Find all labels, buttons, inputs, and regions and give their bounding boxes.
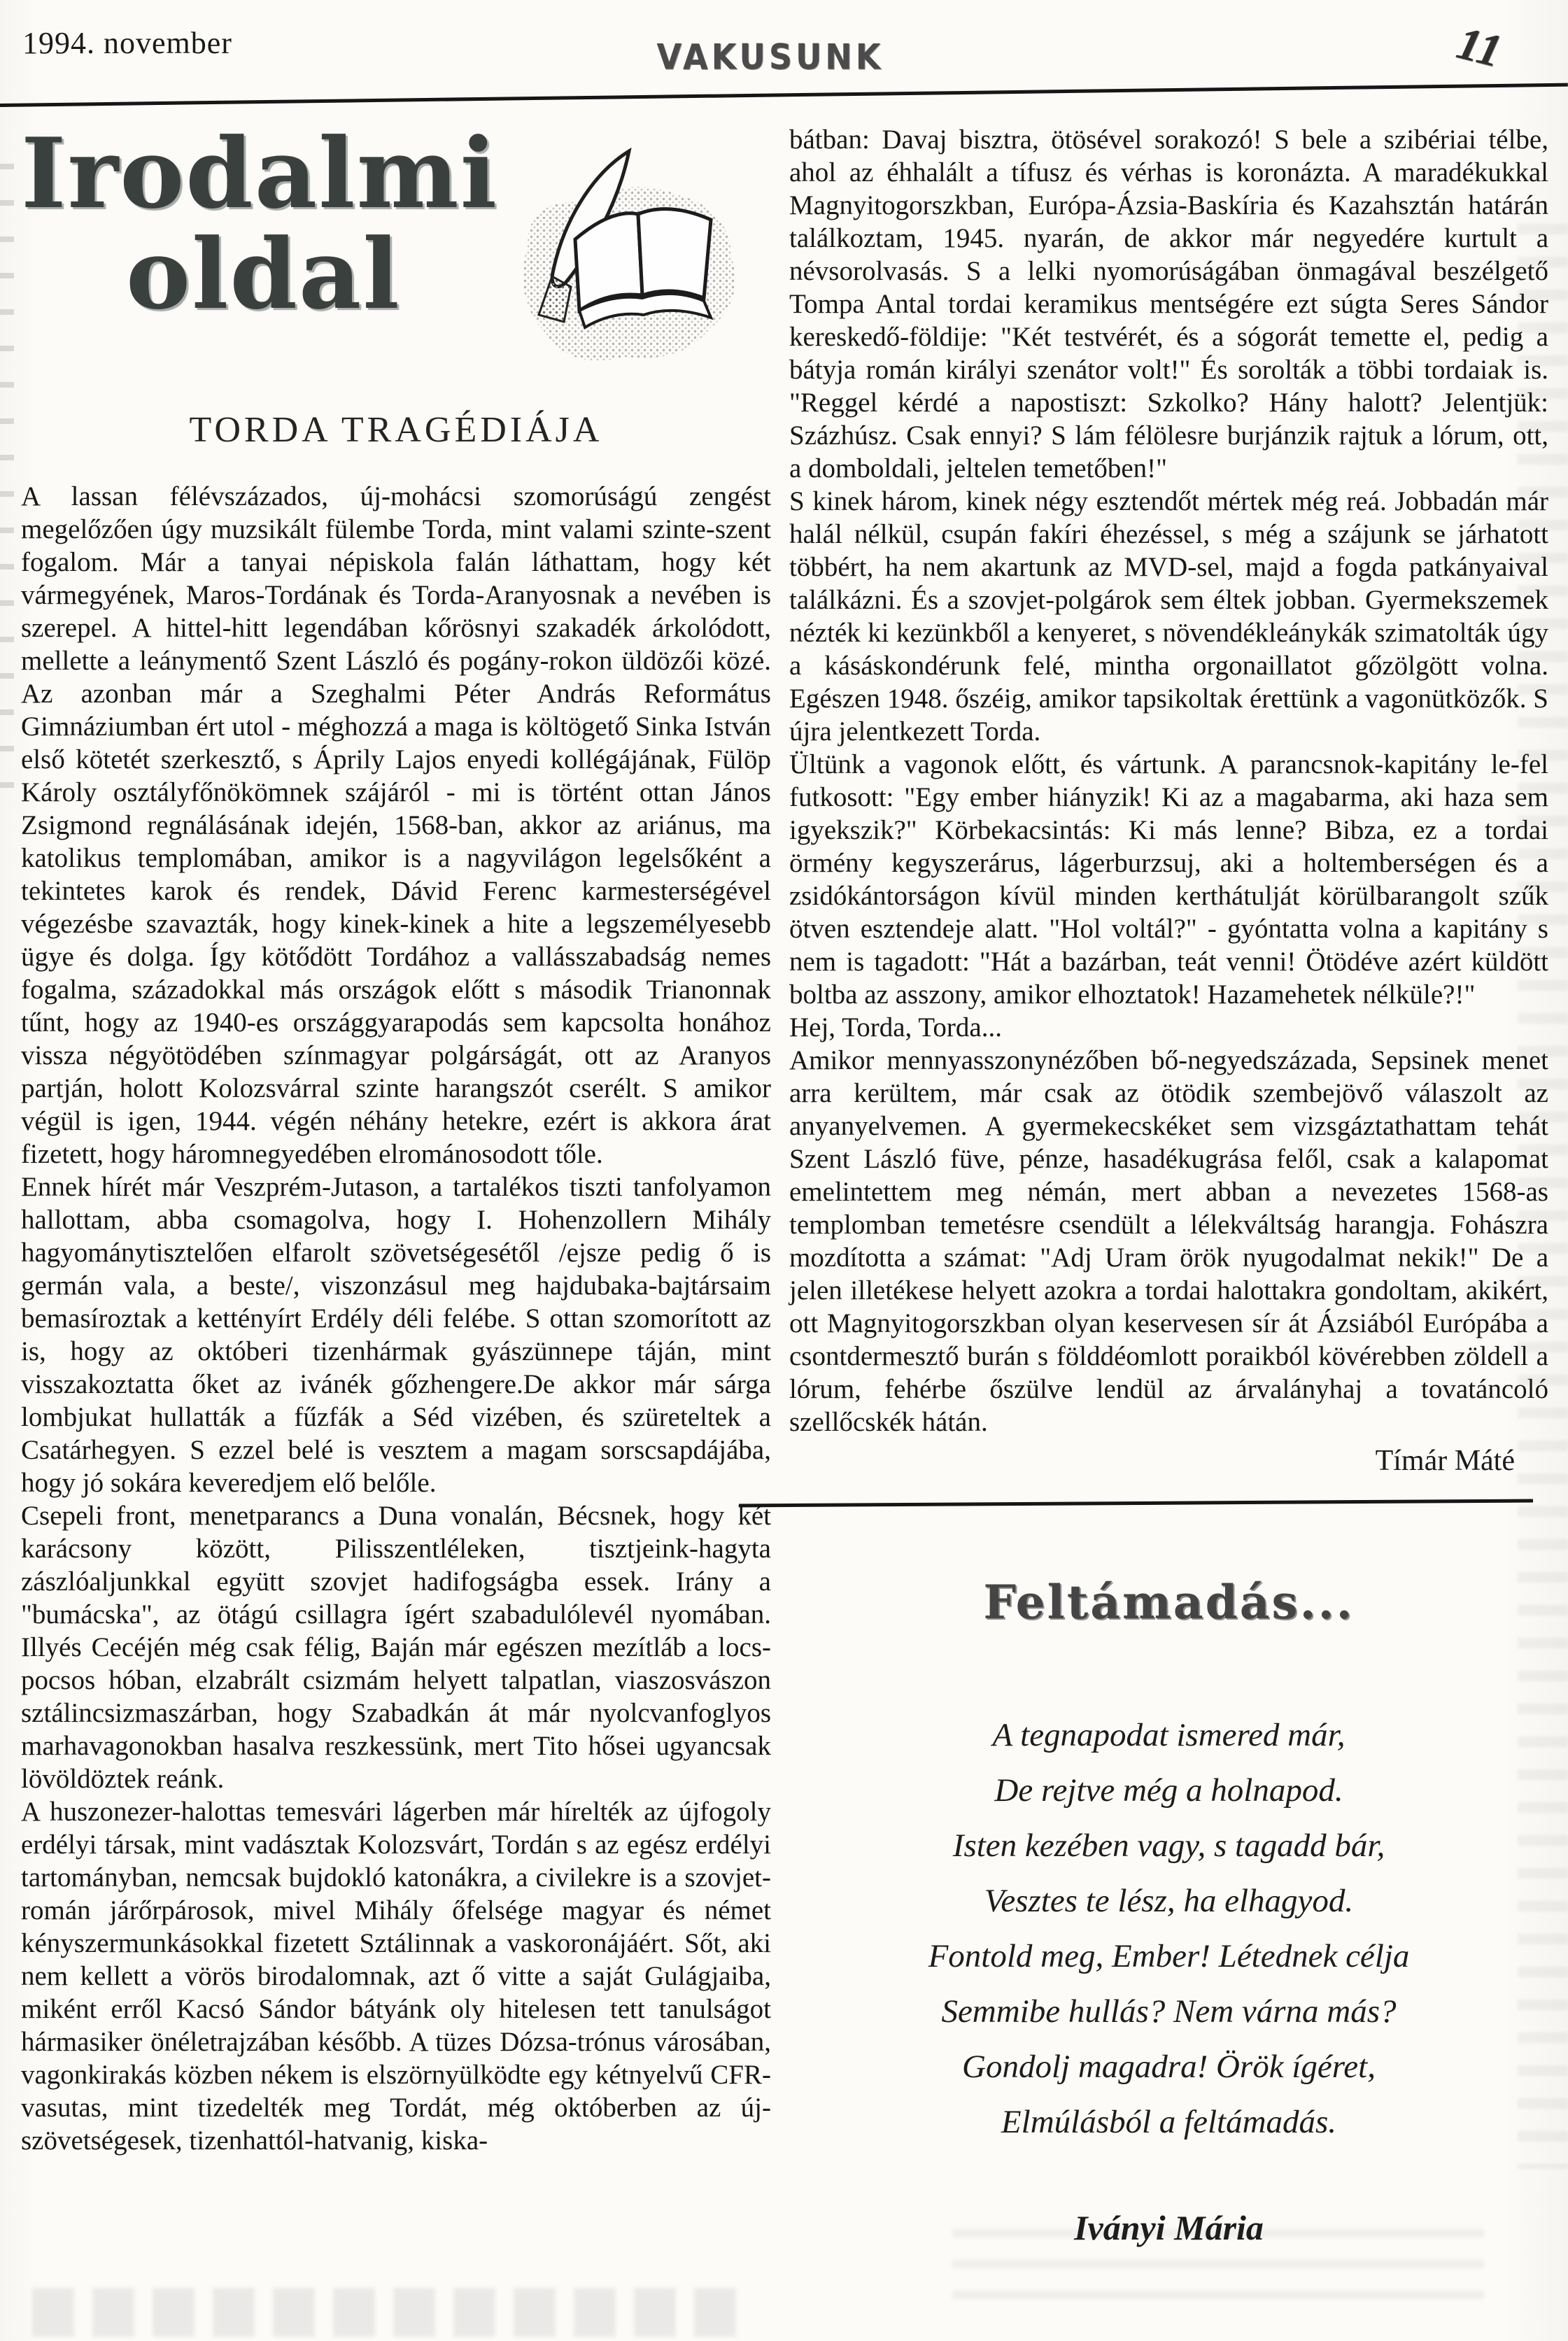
poem-line: Fontold meg, Ember! Létednek célja	[789, 1929, 1548, 1984]
issue-date: 1994. november	[22, 25, 232, 61]
header-divider	[0, 83, 1568, 107]
article-paragraph: A huszonezer-halottas temesvári lágerben…	[21, 1795, 771, 2157]
poem-line: Elmúlásból a feltámadás.	[789, 2095, 1548, 2150]
article-right-column-text: bátban: Davaj bisztra, ötösével sorakozó…	[789, 123, 1548, 1438]
page-number: 11	[1451, 17, 1506, 79]
article-paragraph: Hej, Torda, Torda...	[789, 1011, 1548, 1044]
section-logo: Irodalmi oldal	[21, 123, 771, 388]
left-column: Irodalmi oldal	[21, 123, 771, 2248]
scanned-newspaper-page: 1994. november VAKUSUNK 11 Irodalmi olda…	[0, 0, 1568, 2341]
article-byline: Tímár Máté	[789, 1444, 1548, 1478]
two-column-layout: Irodalmi oldal	[21, 123, 1548, 2248]
poem-title: Feltámadás...	[789, 1575, 1548, 1629]
poem-author: Iványi Mária	[789, 2207, 1548, 2248]
article-title: TORDA TRAGÉDIÁJA	[21, 409, 771, 451]
masthead-title: VAKUSUNK	[657, 36, 884, 77]
right-column: bátban: Davaj bisztra, ötösével sorakozó…	[789, 123, 1548, 2248]
scan-artifact-left-edge	[0, 133, 14, 819]
poem-line: De rejtve még a holnapod.	[789, 1763, 1548, 1818]
poem-line: Isten kezében vagy, s tagadd bár,	[789, 1818, 1548, 1874]
article-paragraph: Ennek hírét már Veszprém-Jutason, a tart…	[21, 1170, 771, 1499]
section-logo-line2: oldal	[126, 224, 504, 325]
poem-line: A tegnapodat ismered már,	[789, 1708, 1548, 1763]
scan-artifact-bottom-edge	[32, 2288, 746, 2337]
section-logo-line1: Irodalmi	[21, 123, 504, 224]
article-left-column-text: A lassan félévszázados, új-mohácsi szomo…	[21, 480, 771, 2157]
section-logo-text: Irodalmi oldal	[21, 123, 504, 324]
quill-and-book-icon	[486, 147, 751, 388]
article-paragraph: Csepeli front, menetparancs a Duna vonal…	[21, 1499, 771, 1795]
article-end-divider	[739, 1499, 1533, 1508]
poem-line: Semmibe hullás? Nem várna más?	[789, 1984, 1548, 2039]
poem-block: Feltámadás... A tegnapodat ismered már,D…	[789, 1575, 1548, 2248]
article-paragraph: Amikor mennyasszonynézőben bő-negyedszáz…	[789, 1044, 1548, 1438]
article-paragraph: S kinek három, kinek négy esztendőt mért…	[789, 485, 1548, 748]
article-paragraph: bátban: Davaj bisztra, ötösével sorakozó…	[789, 123, 1548, 485]
poem-line: Gondolj magadra! Örök ígéret,	[789, 2039, 1548, 2095]
article-paragraph: Ültünk a vagonok előtt, és vártunk. A pa…	[789, 748, 1548, 1011]
article-paragraph: A lassan félévszázados, új-mohácsi szomo…	[21, 480, 771, 1170]
poem-line: Vesztes te lész, ha elhagyod.	[789, 1874, 1548, 1929]
poem-lines: A tegnapodat ismered már,De rejtve még a…	[789, 1708, 1548, 2150]
